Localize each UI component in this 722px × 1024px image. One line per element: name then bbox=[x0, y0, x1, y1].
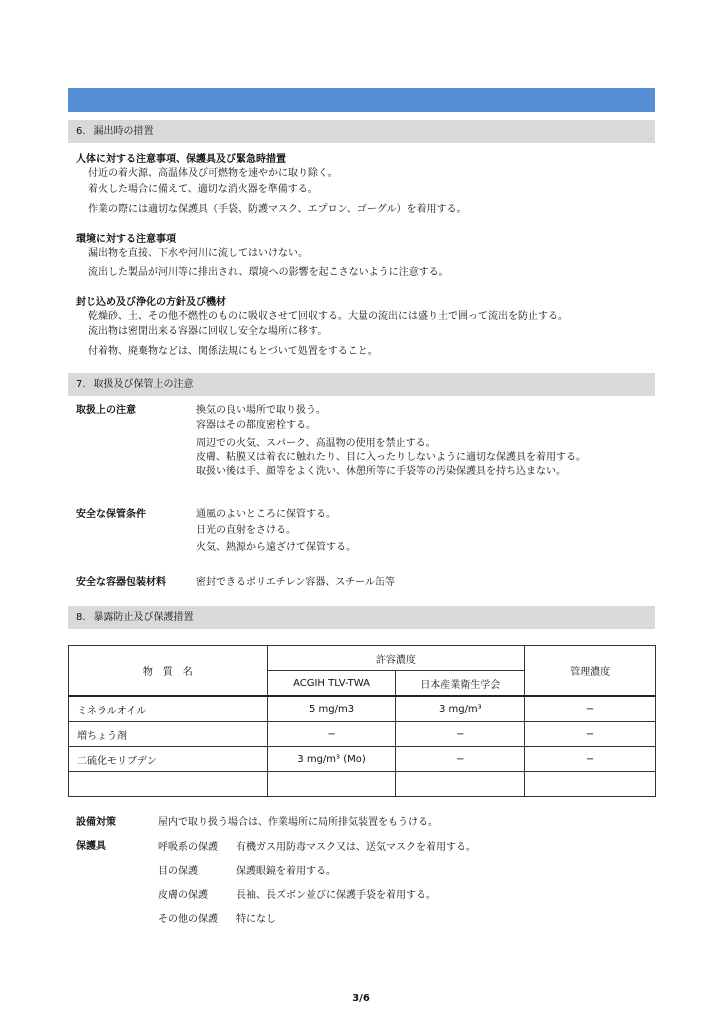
storage-label: 安全な保管条件 bbox=[76, 508, 146, 522]
cell-acgih: 5 mg/m3 bbox=[267, 696, 396, 722]
environment-heading: 環境に対する注意事項 bbox=[76, 233, 176, 247]
text-line: 取扱い後は手、顔等をよく洗い、休憩所等に手袋等の汚染保護具を持ち込まない。 bbox=[196, 465, 566, 479]
header-substance: 物 質 名 bbox=[69, 646, 268, 697]
table-row: 増ちょう剤 − − − bbox=[69, 722, 656, 747]
equipment-value: 屋内で取り扱う場合は、作業場所に局所排気装置をもうける。 bbox=[158, 816, 438, 830]
equipment-label: 設備対策 bbox=[76, 816, 116, 830]
cell-jsoh: − bbox=[396, 722, 525, 747]
cell-control: − bbox=[525, 722, 656, 747]
protection-value: 長袖、長ズボン並びに保護手袋を着用する。 bbox=[236, 889, 436, 903]
table-row bbox=[69, 772, 656, 797]
protection-type: 皮膚の保護 bbox=[158, 889, 208, 903]
cell-name: ミネラルオイル bbox=[69, 696, 268, 722]
protective-label: 保護具 bbox=[76, 840, 106, 854]
cell-name: 増ちょう剤 bbox=[69, 722, 268, 747]
table-row: 二硫化モリブデン 3 mg/m³ (Mo) − − bbox=[69, 747, 656, 772]
cell-acgih bbox=[267, 772, 396, 797]
protection-type: その他の保護 bbox=[158, 913, 218, 927]
text-line: 日光の直射をさける。 bbox=[196, 524, 296, 538]
cell-jsoh: − bbox=[396, 747, 525, 772]
text-line: 漏出物を直接、下水や河川に流してはいけない。 bbox=[88, 247, 308, 261]
header-control: 管理濃度 bbox=[525, 646, 656, 697]
text-line: 換気の良い場所で取り扱う。 bbox=[196, 404, 326, 418]
section-title: 暴露防止及び保護措置 bbox=[94, 612, 194, 623]
page-number: 3/6 bbox=[0, 993, 722, 1004]
cell-control bbox=[525, 772, 656, 797]
containment-heading: 封じ込め及び浄化の方針及び機材 bbox=[76, 296, 226, 310]
section-title: 漏出時の措置 bbox=[94, 126, 154, 137]
handling-label: 取扱上の注意 bbox=[76, 404, 136, 418]
section-8-header: 8.暴露防止及び保護措置 bbox=[68, 606, 655, 629]
text-line: 着火した場合に備えて、適切な消火器を準備する。 bbox=[88, 183, 318, 197]
cell-control: − bbox=[525, 696, 656, 722]
cell-control: − bbox=[525, 747, 656, 772]
header-acgih: ACGIH TLV-TWA bbox=[267, 671, 396, 697]
text-line: 作業の際には適切な保護具（手袋、防護マスク、エプロン、ゴーグル）を着用する。 bbox=[88, 203, 467, 217]
cell-acgih: − bbox=[267, 722, 396, 747]
section-7-header: 7.取扱及び保管上の注意 bbox=[68, 373, 655, 396]
header-allowable: 許容濃度 bbox=[267, 646, 525, 671]
protection-type: 呼吸系の保護 bbox=[158, 841, 218, 855]
section-6-header: 6.漏出時の措置 bbox=[68, 120, 655, 143]
section-number: 8. bbox=[76, 612, 86, 623]
cell-acgih: 3 mg/m³ (Mo) bbox=[267, 747, 396, 772]
text-line: 通風のよいところに保管する。 bbox=[196, 508, 336, 522]
text-line: 容器はその都度密栓する。 bbox=[196, 419, 316, 433]
text-line: 火気、熱源から遠ざけて保管する。 bbox=[196, 541, 356, 555]
header-jsoh: 日本産業衛生学会 bbox=[396, 671, 525, 697]
cell-jsoh: 3 mg/m³ bbox=[396, 696, 525, 722]
protection-value: 有機ガス用防毒マスク又は、送気マスクを着用する。 bbox=[236, 841, 476, 855]
packaging-label: 安全な容器包装材料 bbox=[76, 576, 166, 590]
header-bar bbox=[68, 88, 655, 112]
section-number: 6. bbox=[76, 126, 86, 137]
table-header-row: 物 質 名 許容濃度 管理濃度 bbox=[69, 646, 656, 671]
cell-jsoh bbox=[396, 772, 525, 797]
protection-value: 保護眼鏡を着用する。 bbox=[236, 865, 336, 879]
text-line: 付着物、廃棄物などは、関係法規にもとづいて処置をすること。 bbox=[88, 345, 378, 359]
text-line: 流出した製品が河川等に排出され、環境への影響を起こさないように注意する。 bbox=[88, 266, 449, 280]
section-title: 取扱及び保管上の注意 bbox=[94, 379, 194, 390]
text-line: 周辺での火気、スパーク、高温物の使用を禁止する。 bbox=[196, 437, 436, 451]
text-line: 乾燥砂、土、その他不燃性のものに吸収させて回収する。大量の流出には盛り土で囲って… bbox=[88, 310, 568, 324]
cell-name bbox=[69, 772, 268, 797]
packaging-value: 密封できるポリエチレン容器、スチール缶等 bbox=[196, 576, 395, 590]
protection-value: 特になし bbox=[236, 913, 276, 927]
text-line: 流出物は密閉出来る容器に回収し安全な場所に移す。 bbox=[88, 325, 327, 339]
protection-type: 目の保護 bbox=[158, 865, 198, 879]
exposure-limits-table: 物 質 名 許容濃度 管理濃度 ACGIH TLV-TWA 日本産業衛生学会 ミ… bbox=[68, 645, 656, 797]
text-line: 付近の着火源、高温体及び可燃物を速やかに取り除く。 bbox=[88, 167, 338, 181]
table-row: ミネラルオイル 5 mg/m3 3 mg/m³ − bbox=[69, 696, 656, 722]
personal-precautions-heading: 人体に対する注意事項、保護具及び緊急時措置 bbox=[76, 153, 286, 167]
text-line: 皮膚、粘膜又は着衣に触れたり、目に入ったりしないように適切な保護具を着用する。 bbox=[196, 451, 586, 465]
section-number: 7. bbox=[76, 379, 86, 390]
cell-name: 二硫化モリブデン bbox=[69, 747, 268, 772]
